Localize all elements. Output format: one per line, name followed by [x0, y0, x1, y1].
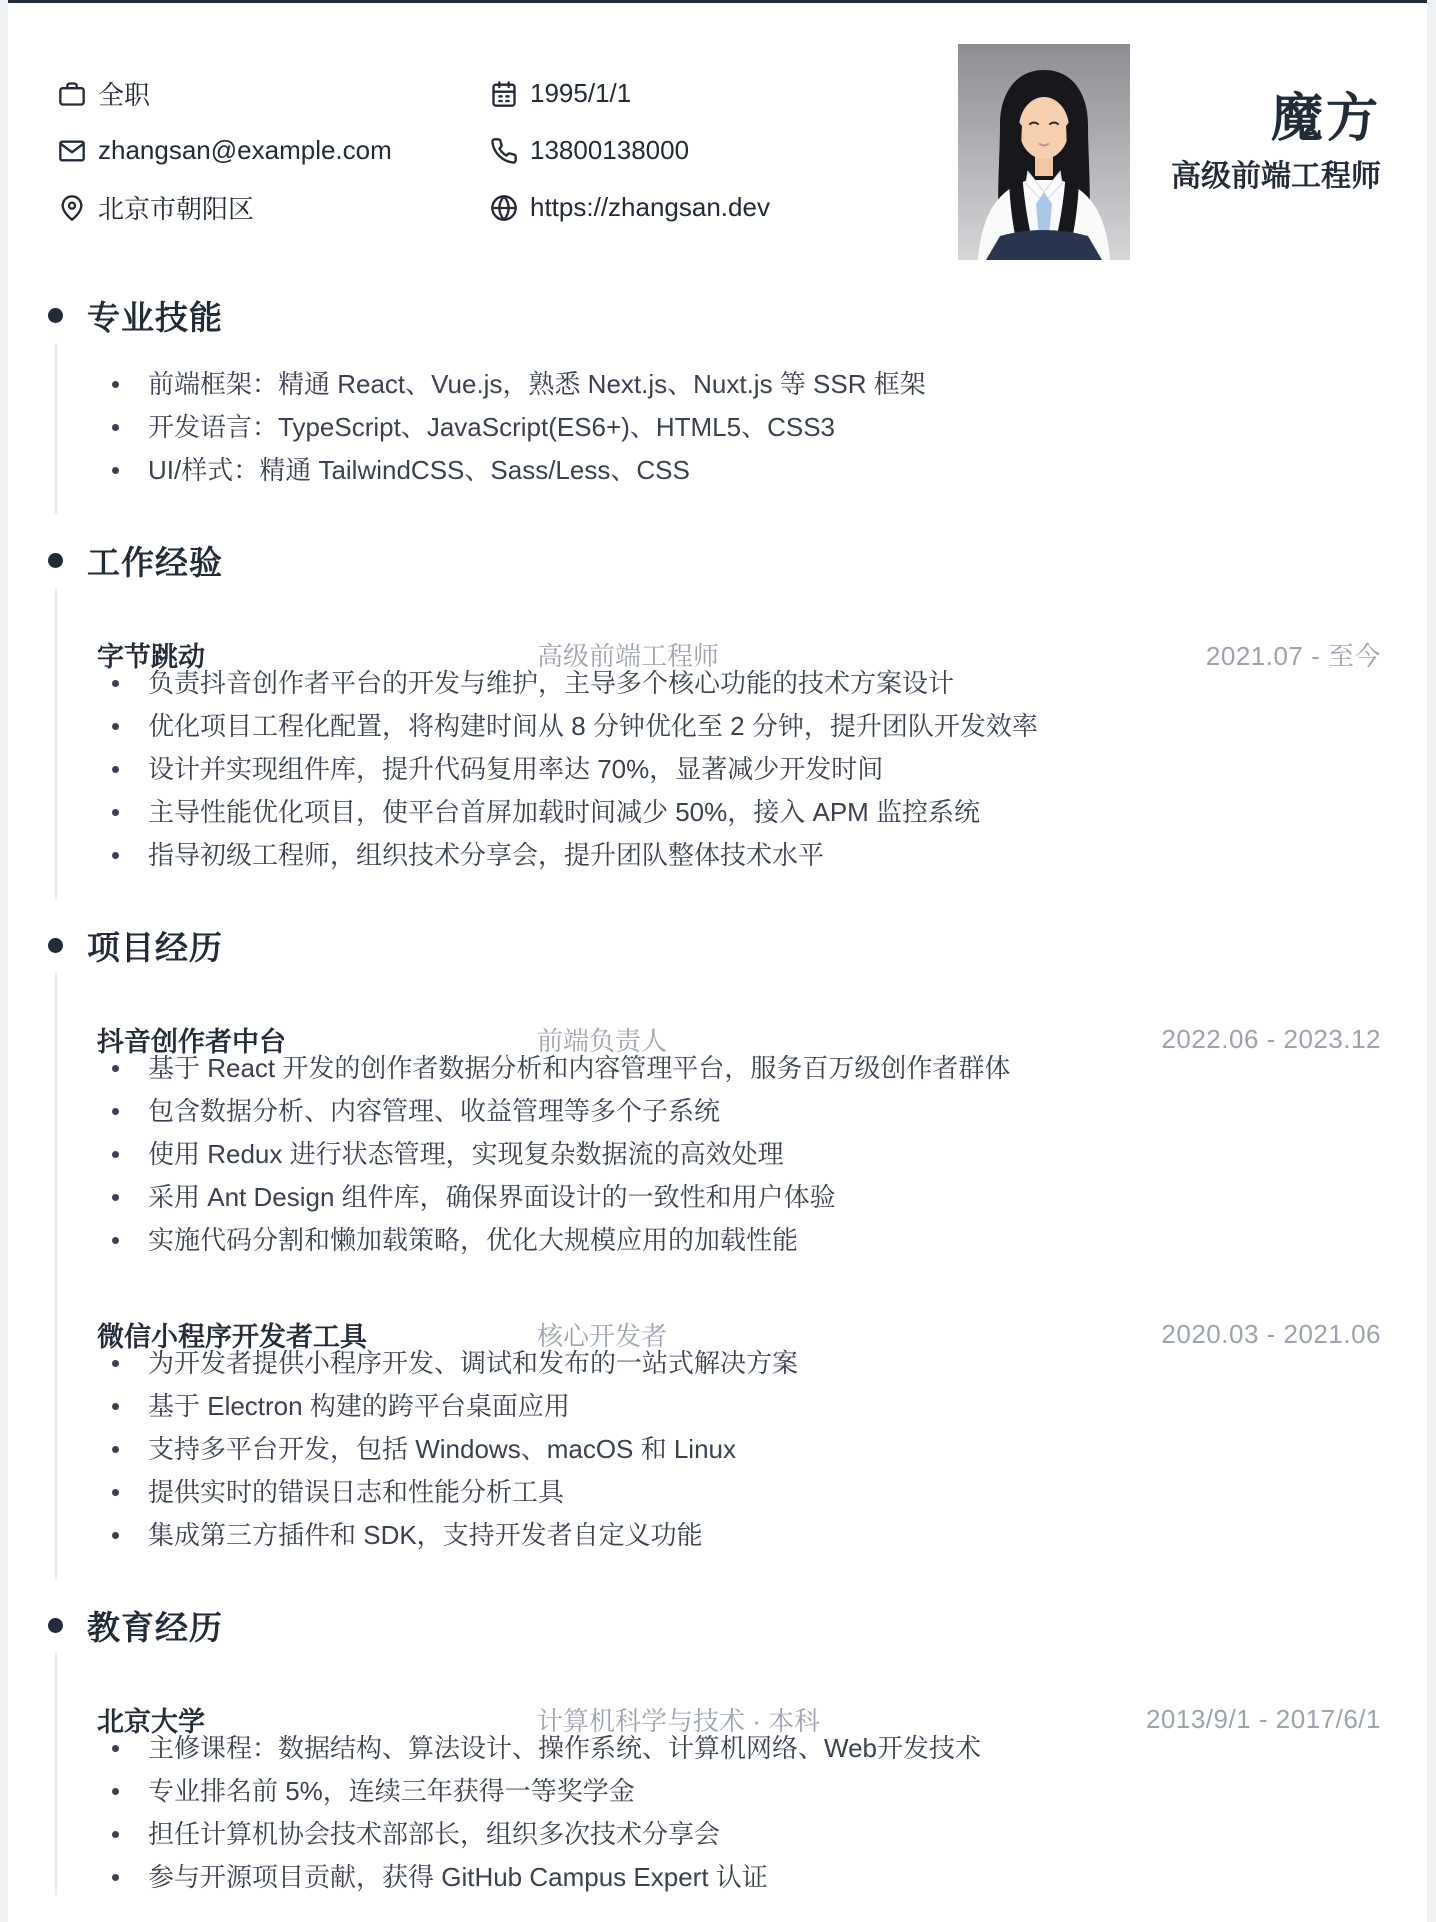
section-marker-dot [48, 308, 63, 323]
section-head: 工作经验 [8, 538, 1381, 582]
contact-label: 13800138000 [530, 135, 689, 166]
contact-birthday: 1995/1/1 [490, 78, 770, 109]
calendar-icon [490, 80, 518, 108]
section-title: 项目经历 [87, 922, 223, 969]
contact-email: zhangsan@example.com [58, 135, 490, 166]
bullet-item: 采用 Ant Design 组件库，确保界面设计的一致性和用户体验 [97, 1176, 1381, 1219]
section-body: 前端框架：精通 React、Vue.js，熟悉 Next.js、Nuxt.js … [8, 363, 1381, 492]
bullet-item: 基于 Electron 构建的跨平台桌面应用 [97, 1385, 1381, 1428]
bullet-item: 主修课程：数据结构、算法设计、操作系统、计算机网络、Web开发技术 [97, 1727, 1381, 1770]
section-title: 教育经历 [87, 1602, 223, 1649]
entry-head: 北京大学计算机科学与技术 · 本科2013/9/1 - 2017/6/1 [97, 1673, 1381, 1709]
contact-info: 全职 zhangsan@example.com 北京市朝阳区 1995/1/1 [58, 65, 770, 236]
bullet-item: 优化项目工程化配置，将构建时间从 8 分钟优化至 2 分钟，提升团队开发效率 [97, 705, 1381, 748]
globe-icon [490, 194, 518, 222]
bullet-item: 提供实时的错误日志和性能分析工具 [97, 1471, 1381, 1514]
section-marker-dot [48, 938, 63, 953]
section-4: 教育经历北京大学计算机科学与技术 · 本科2013/9/1 - 2017/6/1… [8, 1603, 1381, 1905]
bullet-item: 主导性能优化项目，使平台首屏加载时间减少 50%，接入 APM 监控系统 [97, 791, 1381, 834]
entry-head: 微信小程序开发者工具核心开发者2020.03 - 2021.06 [97, 1288, 1381, 1324]
section-title: 工作经验 [87, 537, 223, 584]
bullet-item: 前端框架：精通 React、Vue.js，熟悉 Next.js、Nuxt.js … [97, 363, 1381, 406]
person-name: 魔方 [1171, 89, 1381, 149]
bullet-item: 包含数据分析、内容管理、收益管理等多个子系统 [97, 1090, 1381, 1133]
bullet-item: 实施代码分割和懒加载策略，优化大规模应用的加载性能 [97, 1219, 1381, 1262]
bullet-list: 前端框架：精通 React、Vue.js，熟悉 Next.js、Nuxt.js … [97, 363, 1381, 492]
contact-label: https://zhangsan.dev [530, 192, 770, 223]
resume-sections: 专业技能前端框架：精通 React、Vue.js，熟悉 Next.js、Nuxt… [8, 293, 1381, 1905]
bullet-item: 支持多平台开发，包括 Windows、macOS 和 Linux [97, 1428, 1381, 1471]
bullet-item: 开发语言：TypeScript、JavaScript(ES6+)、HTML5、C… [97, 406, 1381, 449]
section-head: 教育经历 [8, 1603, 1381, 1647]
section-1: 专业技能前端框架：精通 React、Vue.js，熟悉 Next.js、Nuxt… [8, 293, 1381, 498]
bullet-item: UI/样式：精通 TailwindCSS、Sass/Less、CSS [97, 449, 1381, 492]
entry: 微信小程序开发者工具核心开发者2020.03 - 2021.06为开发者提供小程… [97, 1288, 1381, 1557]
briefcase-icon [58, 80, 86, 108]
bullet-item: 指导初级工程师，组织技术分享会，提升团队整体技术水平 [97, 834, 1381, 877]
bullet-list: 主修课程：数据结构、算法设计、操作系统、计算机网络、Web开发技术专业排名前 5… [97, 1727, 1381, 1899]
resume-page: 全职 zhangsan@example.com 北京市朝阳区 1995/1/1 [8, 0, 1427, 1922]
entry-head: 抖音创作者中台前端负责人2022.06 - 2023.12 [97, 993, 1381, 1029]
entry: 抖音创作者中台前端负责人2022.06 - 2023.12基于 React 开发… [97, 993, 1381, 1262]
title-block: 魔方 高级前端工程师 [1171, 89, 1381, 195]
contact-location: 北京市朝阳区 [58, 189, 490, 226]
resume-header: 全职 zhangsan@example.com 北京市朝阳区 1995/1/1 [8, 3, 1381, 293]
mail-icon [58, 137, 86, 165]
bullet-list: 负责抖音创作者平台的开发与维护，主导多个核心功能的技术方案设计优化项目工程化配置… [97, 662, 1381, 877]
section-body: 抖音创作者中台前端负责人2022.06 - 2023.12基于 React 开发… [8, 993, 1381, 1557]
bullet-item: 设计并实现组件库，提升代码复用率达 70%，显著减少开发时间 [97, 748, 1381, 791]
entry: 字节跳动高级前端工程师2021.07 - 至今负责抖音创作者平台的开发与维护，主… [97, 608, 1381, 877]
bullet-item: 参与开源项目贡献，获得 GitHub Campus Expert 认证 [97, 1856, 1381, 1899]
contact-website: https://zhangsan.dev [490, 192, 770, 223]
contact-label: 北京市朝阳区 [98, 189, 254, 226]
contact-label: 全职 [98, 75, 150, 112]
contact-label: zhangsan@example.com [98, 135, 392, 166]
section-3: 项目经历抖音创作者中台前端负责人2022.06 - 2023.12基于 Reac… [8, 923, 1381, 1563]
section-marker-dot [48, 1618, 63, 1633]
person-job-title: 高级前端工程师 [1171, 159, 1381, 195]
section-2: 工作经验字节跳动高级前端工程师2021.07 - 至今负责抖音创作者平台的开发与… [8, 538, 1381, 883]
bullet-item: 使用 Redux 进行状态管理，实现复杂数据流的高效处理 [97, 1133, 1381, 1176]
bullet-list: 为开发者提供小程序开发、调试和发布的一站式解决方案基于 Electron 构建的… [97, 1342, 1381, 1557]
bullet-item: 基于 React 开发的创作者数据分析和内容管理平台，服务百万级创作者群体 [97, 1047, 1381, 1090]
section-marker-dot [48, 553, 63, 568]
section-title: 专业技能 [87, 292, 223, 339]
section-body: 北京大学计算机科学与技术 · 本科2013/9/1 - 2017/6/1主修课程… [8, 1673, 1381, 1899]
profile-photo [958, 44, 1130, 260]
contact-label: 1995/1/1 [530, 78, 631, 109]
contact-phone: 13800138000 [490, 135, 770, 166]
contact-job-type: 全职 [58, 75, 490, 112]
bullet-item: 集成第三方插件和 SDK，支持开发者自定义功能 [97, 1514, 1381, 1557]
bullet-item: 为开发者提供小程序开发、调试和发布的一站式解决方案 [97, 1342, 1381, 1385]
bullet-list: 基于 React 开发的创作者数据分析和内容管理平台，服务百万级创作者群体包含数… [97, 1047, 1381, 1262]
bullet-item: 负责抖音创作者平台的开发与维护，主导多个核心功能的技术方案设计 [97, 662, 1381, 705]
map-pin-icon [58, 194, 86, 222]
bullet-item: 专业排名前 5%，连续三年获得一等奖学金 [97, 1770, 1381, 1813]
section-body: 字节跳动高级前端工程师2021.07 - 至今负责抖音创作者平台的开发与维护，主… [8, 608, 1381, 877]
entry: 北京大学计算机科学与技术 · 本科2013/9/1 - 2017/6/1主修课程… [97, 1673, 1381, 1899]
entry-head: 字节跳动高级前端工程师2021.07 - 至今 [97, 608, 1381, 644]
section-head: 项目经历 [8, 923, 1381, 967]
section-head: 专业技能 [8, 293, 1381, 337]
bullet-item: 担任计算机协会技术部部长，组织多次技术分享会 [97, 1813, 1381, 1856]
phone-icon [490, 137, 518, 165]
